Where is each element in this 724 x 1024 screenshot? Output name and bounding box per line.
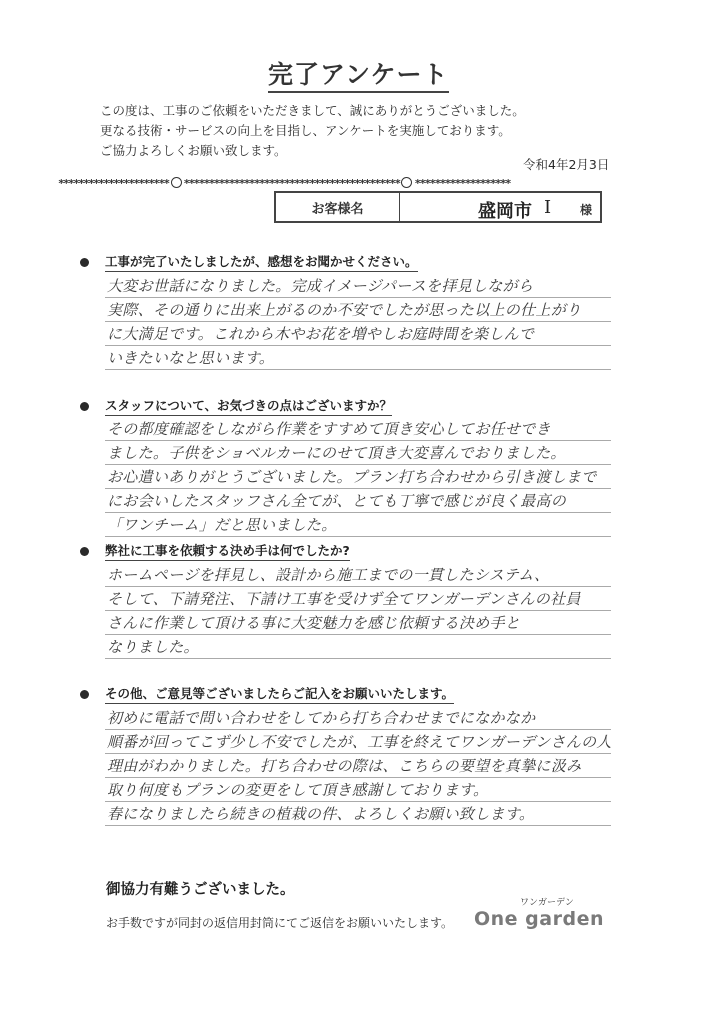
answer-line: さんに作業して頂ける事に大変魅力を感じ依頼する決め手と: [105, 611, 611, 635]
answer-line: 取り何度もプランの変更をして頂き感謝しております。: [105, 778, 611, 802]
answer-area: 大変お世話になりました。完成イメージパースを拝見しながら 実際、その通りに出来上…: [105, 274, 611, 370]
question-heading: その他、ご意見等ございましたらご記入をお願いいたします。: [105, 686, 454, 704]
survey-date: 令和4年2月3日: [523, 155, 609, 173]
customer-honorific: 様: [580, 201, 592, 218]
answer-line: なりました。: [105, 635, 611, 659]
bullet-icon: [80, 402, 89, 411]
separator-stars: *******************: [414, 177, 509, 190]
answer-area: ホームページを拝見し、設計から施工までの一貫したシステム、 そして、下請発注、下…: [105, 563, 611, 659]
answer-line: ホームページを拝見し、設計から施工までの一貫したシステム、: [105, 563, 611, 587]
customer-name-box: お客様名 盛岡市 I 様: [274, 191, 602, 223]
answer-line: 理由がわかりました。打ち合わせの際は、こちらの要望を真摯に汲み: [105, 754, 611, 778]
answer-line: ました。子供をショベルカーにのせて頂き大変喜んでおりました。: [105, 441, 611, 465]
answer-line: そして、下請発注、下請け工事を受けず全てワンガーデンさんの社員: [105, 587, 611, 611]
question-heading: スタッフについて、お気づきの点はございますか？: [105, 398, 392, 416]
thank-you-message: 御協力有難うございました。: [106, 878, 295, 899]
answer-line: 実際、その通りに出来上がるのか不安でしたが思った以上の仕上がり: [105, 298, 611, 322]
customer-city: 盛岡市: [478, 197, 532, 223]
question-heading: 弊社に工事を依頼する決め手は何でしたか?: [105, 543, 350, 561]
separator-stars: **********************: [58, 177, 169, 190]
bullet-icon: [80, 258, 89, 267]
separator-line: ****************************************…: [58, 177, 670, 191]
answer-line: 「ワンチーム」だと思いました。: [105, 513, 611, 537]
answer-line: 順番が回ってこず少し不安でしたが、工事を終えてワンガーデンさんの人気の: [105, 730, 611, 754]
bullet-icon: [80, 547, 89, 556]
answer-line: その都度確認をしながら作業をすすめて頂き安心してお任せでき: [105, 417, 611, 441]
answer-area: 初めに電話で問い合わせをしてから打ち合わせまでになかなか 順番が回ってこず少し不…: [105, 706, 611, 826]
question-heading: 工事が完了いたしましたが、感想をお聞かせください。: [105, 254, 418, 272]
customer-name-label: お客様名: [276, 193, 400, 221]
answer-line: にお会いしたスタッフさん全てが、とても丁寧で感じが良く最高の: [105, 489, 611, 513]
answer-line: 初めに電話で問い合わせをしてから打ち合わせまでになかなか: [105, 706, 611, 730]
answer-line: お心遣いありがとうございました。プラン打ち合わせから引き渡しまで: [105, 465, 611, 489]
intro-line: 更なる技術・サービスの向上を目指し、アンケートを実施しております。: [100, 121, 525, 141]
answer-line: 春になりましたら続きの植栽の件、よろしくお願い致します。: [105, 802, 611, 826]
customer-name-field: 盛岡市 I 様: [400, 193, 600, 221]
one-garden-logo: One garden: [474, 908, 604, 930]
separator-stars: ****************************************…: [184, 177, 400, 190]
intro-text: この度は、工事のご依頼をいただきまして、誠にありがとうございました。 更なる技術…: [100, 101, 525, 161]
customer-initial: I: [544, 197, 551, 218]
intro-line: この度は、工事のご依頼をいただきまして、誠にありがとうございました。: [100, 101, 525, 121]
bullet-icon: [80, 690, 89, 699]
page-title: 完了アンケート: [268, 60, 449, 93]
answer-area: その都度確認をしながら作業をすすめて頂き安心してお任せでき ました。子供をショベ…: [105, 417, 611, 537]
answer-line: に大満足です。これから木やお花を増やしお庭時間を楽しんで: [105, 322, 611, 346]
logo-kana: ワンガーデン: [520, 895, 574, 908]
intro-line: ご協力よろしくお願い致します。: [100, 141, 525, 161]
circle-marker-icon: [171, 177, 182, 188]
answer-line: いきたいなと思います。: [105, 346, 611, 370]
circle-marker-icon: [401, 177, 412, 188]
answer-line: 大変お世話になりました。完成イメージパースを拝見しながら: [105, 274, 611, 298]
return-envelope-note: お手数ですが同封の返信用封筒にてご返信をお願いいたします。: [106, 914, 453, 931]
